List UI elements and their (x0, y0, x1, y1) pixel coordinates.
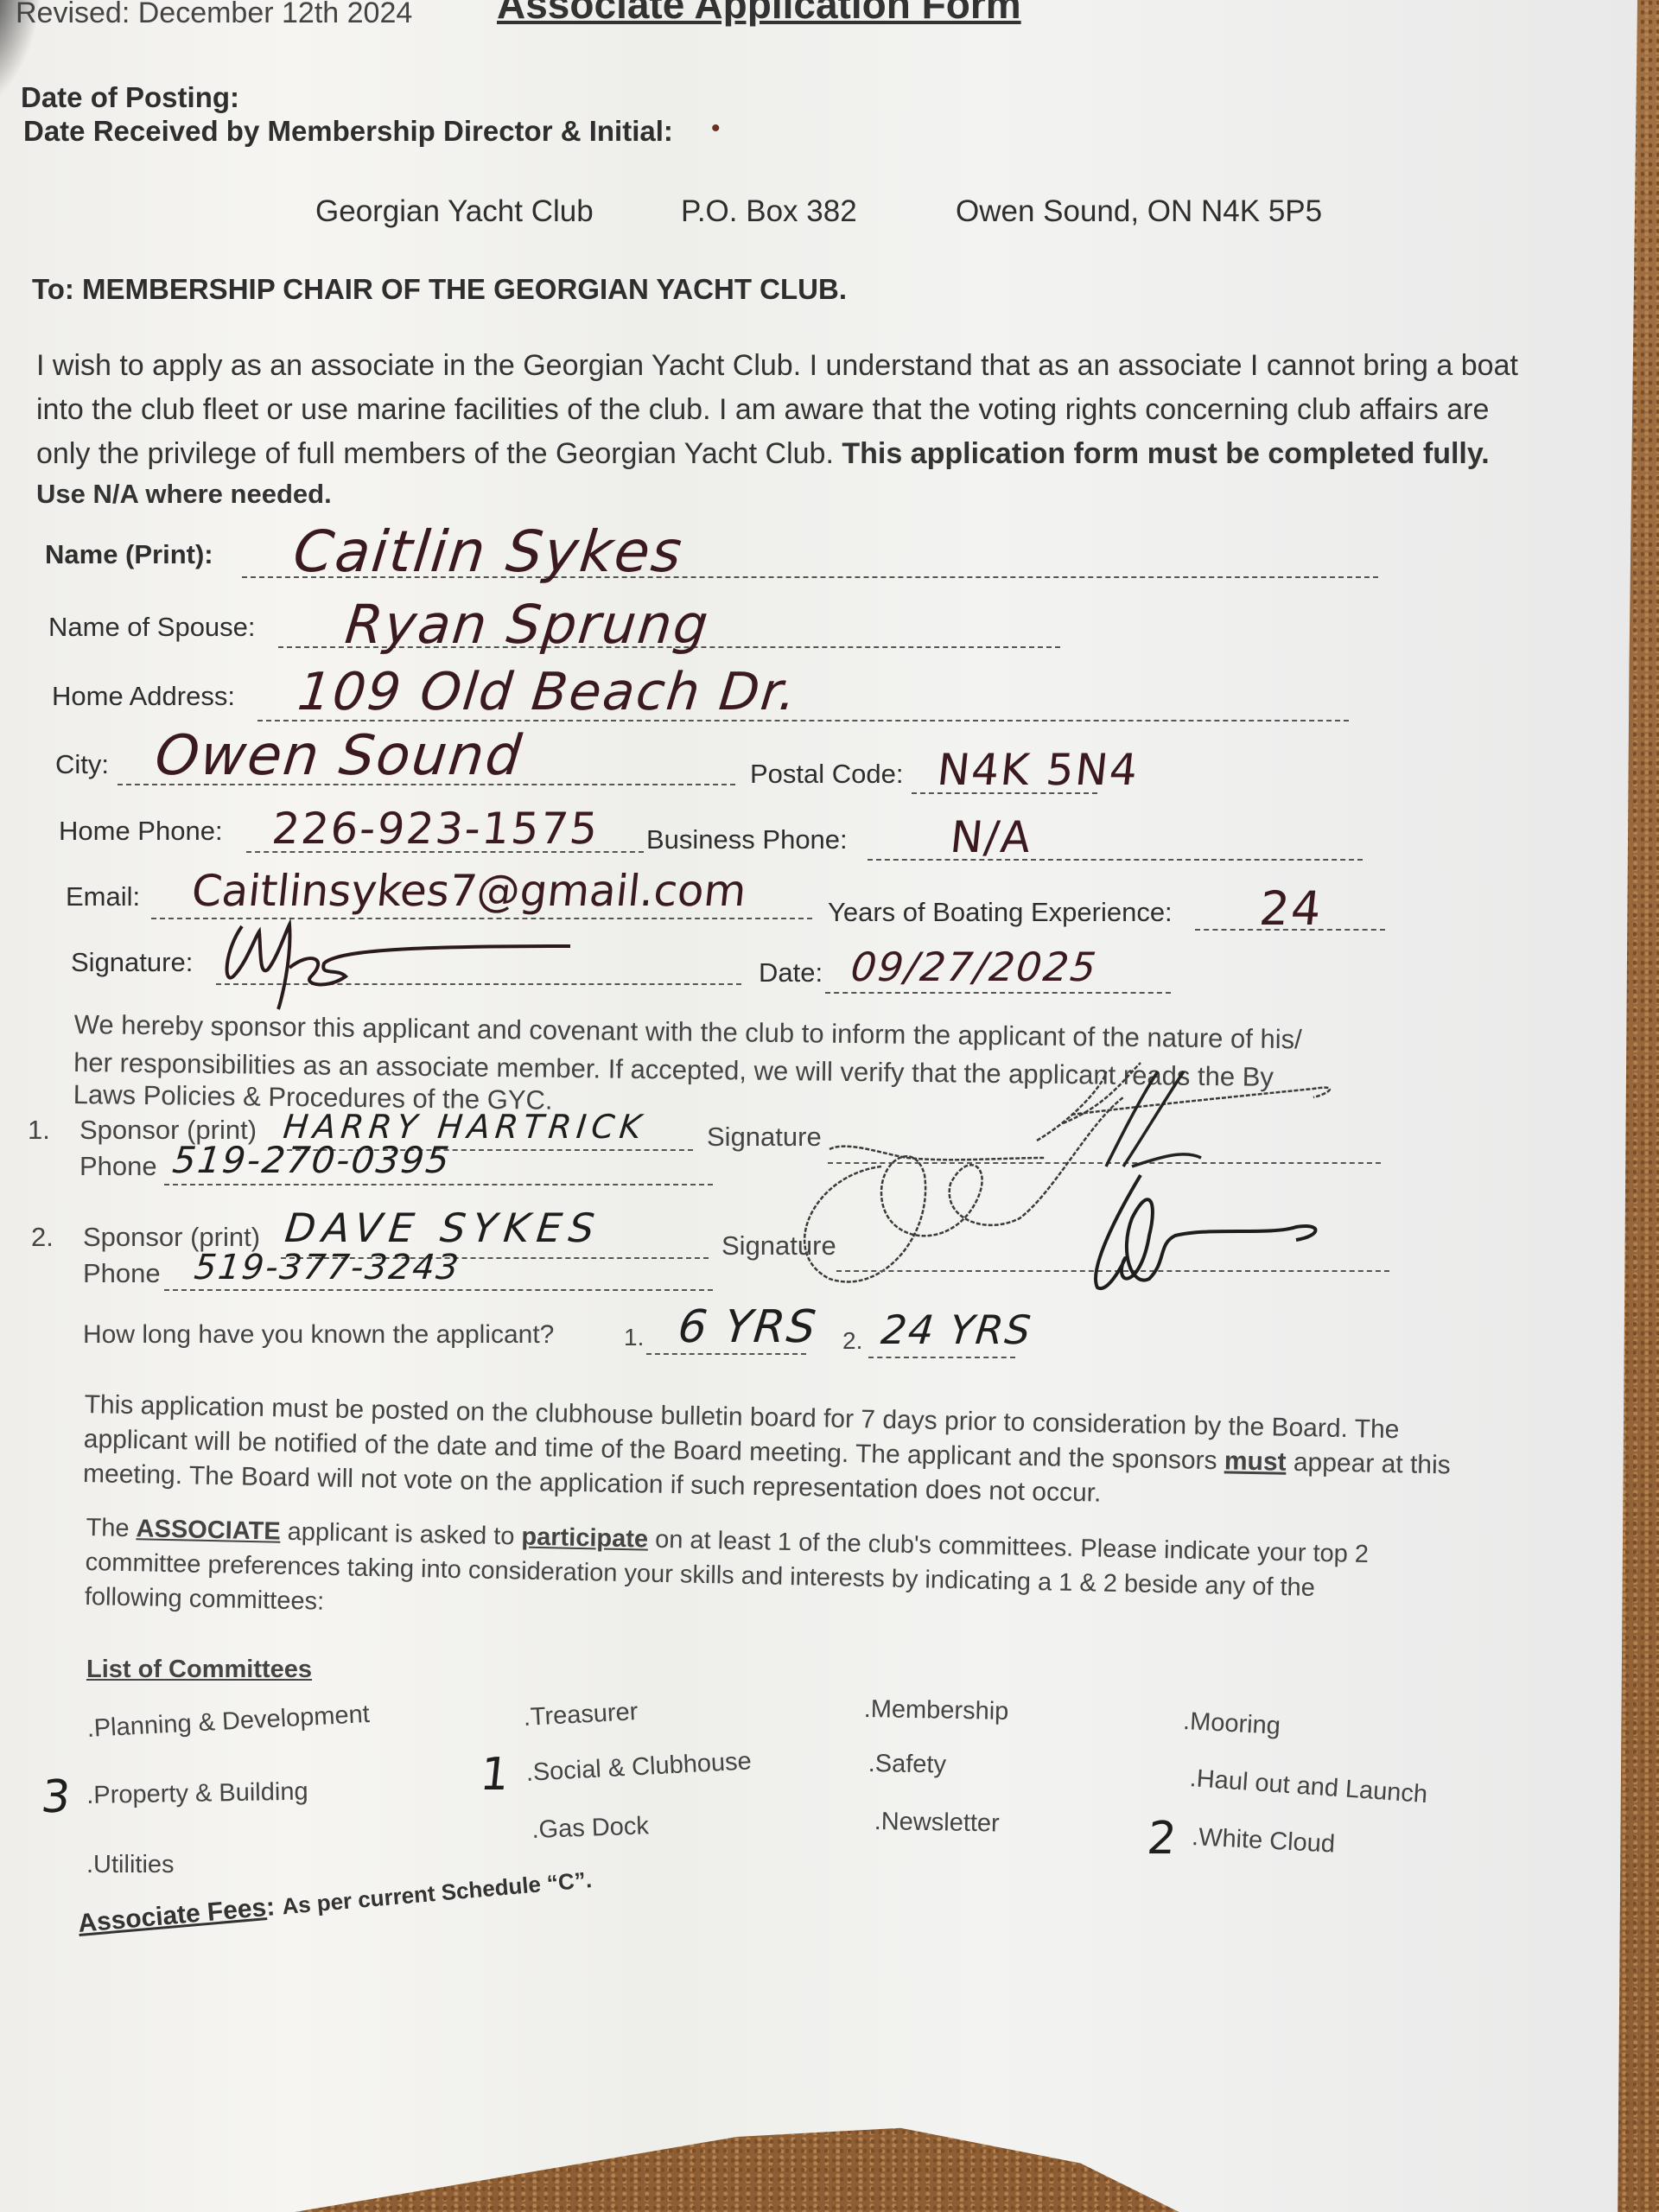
committee-item[interactable]: .Membership (863, 1695, 1008, 1726)
committee-label: .Treasurer (523, 1698, 639, 1732)
home-address-field[interactable]: 109 Old Beach Dr. (295, 662, 800, 722)
sponsor-2-phone-label: Phone (83, 1258, 161, 1289)
committee-item[interactable]: .White Cloud (1191, 1823, 1336, 1859)
business-phone-field[interactable]: N/A (948, 812, 1035, 862)
intro-line-2: into the club fleet or use marine facili… (36, 388, 1574, 432)
committee-label: .Social & Clubhouse (525, 1747, 752, 1787)
date-label: Date: (759, 957, 823, 988)
name-label: Name (Print): (45, 539, 213, 570)
committee-item[interactable]: .Haul out and Launch (1189, 1764, 1428, 1809)
committee-label: .Mooring (1182, 1707, 1281, 1740)
name-field[interactable]: Caitlin Sykes (290, 518, 686, 585)
posting-notice: This application must be posted on the c… (83, 1388, 1623, 1521)
committee-preference-mark[interactable]: 2 (1145, 1813, 1180, 1865)
known-2-line (868, 1357, 1015, 1358)
sponsor-2-name-field[interactable]: DAVE SYKES (283, 1205, 603, 1251)
form-title: Associate Application Form (497, 0, 1021, 28)
club-name: Georgian Yacht Club (315, 194, 594, 229)
committee-label: .Safety (868, 1750, 946, 1779)
committee-item[interactable]: .Planning & Development (86, 1700, 371, 1744)
date-received-label: Date Received by Membership Director & I… (23, 115, 673, 148)
signature-label: Signature: (71, 947, 193, 978)
business-phone-field-line (868, 859, 1363, 861)
committee-item[interactable]: .Mooring (1182, 1707, 1281, 1741)
committee-item[interactable]: .Safety (868, 1750, 946, 1780)
intro-paragraph: I wish to apply as an associate in the G… (36, 344, 1574, 512)
date-of-posting-label: Date of Posting: (21, 81, 239, 114)
date-field-line (825, 992, 1171, 994)
committee-label: .Haul out and Launch (1189, 1764, 1428, 1808)
business-phone-label: Business Phone: (646, 824, 848, 855)
sponsor-1-number: 1. (28, 1115, 50, 1146)
application-form-paper: Revised: December 12th 2024 Associate Ap… (0, 0, 1637, 2212)
known-1-label: 1. (624, 1324, 644, 1351)
sponsor-1-phone-field[interactable]: 519-270-0395 (170, 1139, 453, 1181)
committee-label: .Planning & Development (86, 1700, 370, 1743)
intro-line-4: Use N/A where needed. (36, 476, 1574, 512)
committee-label: .Utilities (86, 1851, 175, 1878)
date-field[interactable]: 09/27/2025 (849, 944, 1100, 990)
committee-notice: The ASSOCIATE applicant is asked to part… (84, 1510, 1624, 1646)
sponsor-2-number: 2. (31, 1222, 54, 1253)
home-address-label: Home Address: (52, 681, 235, 712)
boating-experience-field[interactable]: 24 (1257, 881, 1325, 936)
revised-date: Revised: December 12th 2024 (16, 0, 412, 30)
postal-code-field[interactable]: N4K 5N4 (935, 745, 1141, 795)
committee-label: .Gas Dock (531, 1812, 649, 1844)
sponsor-2-phone-line (164, 1289, 713, 1291)
to-line: To: MEMBERSHIP CHAIR OF THE GEORGIAN YAC… (32, 273, 847, 306)
sponsor-2-signature[interactable] (1071, 1166, 1348, 1296)
committee-item[interactable]: .Social & Clubhouse (525, 1747, 753, 1788)
boating-experience-label: Years of Boating Experience: (828, 897, 1173, 928)
committee-item[interactable]: .Property & Building (86, 1778, 308, 1810)
applicant-signature[interactable] (207, 916, 570, 1011)
bullet-mark: • (711, 114, 721, 143)
committee-label: .Property & Building (86, 1778, 308, 1809)
known-2-label: 2. (842, 1327, 862, 1355)
sponsor-2-phone-field[interactable]: 519-377-3243 (193, 1248, 462, 1287)
committee-preference-mark[interactable]: 3 (39, 1771, 74, 1823)
committee-label: .Newsletter (874, 1808, 1000, 1838)
home-phone-field[interactable]: 226-923-1575 (270, 804, 601, 854)
po-box: P.O. Box 382 (681, 194, 857, 229)
committees-heading: List of Committees (86, 1656, 312, 1684)
email-field[interactable]: Caitlinsykes7@gmail.com (189, 866, 749, 916)
spouse-label: Name of Spouse: (48, 612, 256, 643)
committee-label: .Membership (863, 1695, 1008, 1726)
known-1-field[interactable]: 6 YRS (676, 1301, 820, 1353)
intro-line-1: I wish to apply as an associate in the G… (36, 344, 1574, 388)
city-field[interactable]: Owen Sound (152, 724, 525, 788)
home-phone-label: Home Phone: (59, 816, 223, 847)
spouse-field[interactable]: Ryan Sprung (342, 593, 713, 656)
known-2-field[interactable]: 24 YRS (879, 1306, 1034, 1353)
associate-fees-value: As per current Schedule “C”. (281, 1866, 593, 1919)
associate-fees-label: Associate Fees (77, 1893, 267, 1938)
postal-code-label: Postal Code: (750, 759, 904, 790)
city-label: City: (55, 749, 109, 780)
sponsor-1-phone-label: Phone (79, 1151, 157, 1182)
committee-item[interactable]: .Newsletter (874, 1808, 1000, 1839)
committee-item[interactable]: .Gas Dock (531, 1812, 649, 1845)
committee-item[interactable]: .Treasurer (523, 1698, 639, 1732)
committee-preference-mark[interactable]: 1 (478, 1749, 513, 1801)
email-label: Email: (66, 881, 140, 912)
sponsor-1-phone-line (164, 1184, 713, 1185)
intro-line-3: only the privilege of full members of th… (36, 432, 1574, 476)
known-label: How long have you known the applicant? (83, 1320, 554, 1350)
committee-item[interactable]: .Utilities (86, 1851, 175, 1879)
known-1-line (646, 1353, 806, 1355)
committee-label: .White Cloud (1191, 1823, 1335, 1859)
sponsor-2-signature-label: Signature (721, 1230, 836, 1262)
club-city-address: Owen Sound, ON N4K 5P5 (956, 194, 1322, 229)
